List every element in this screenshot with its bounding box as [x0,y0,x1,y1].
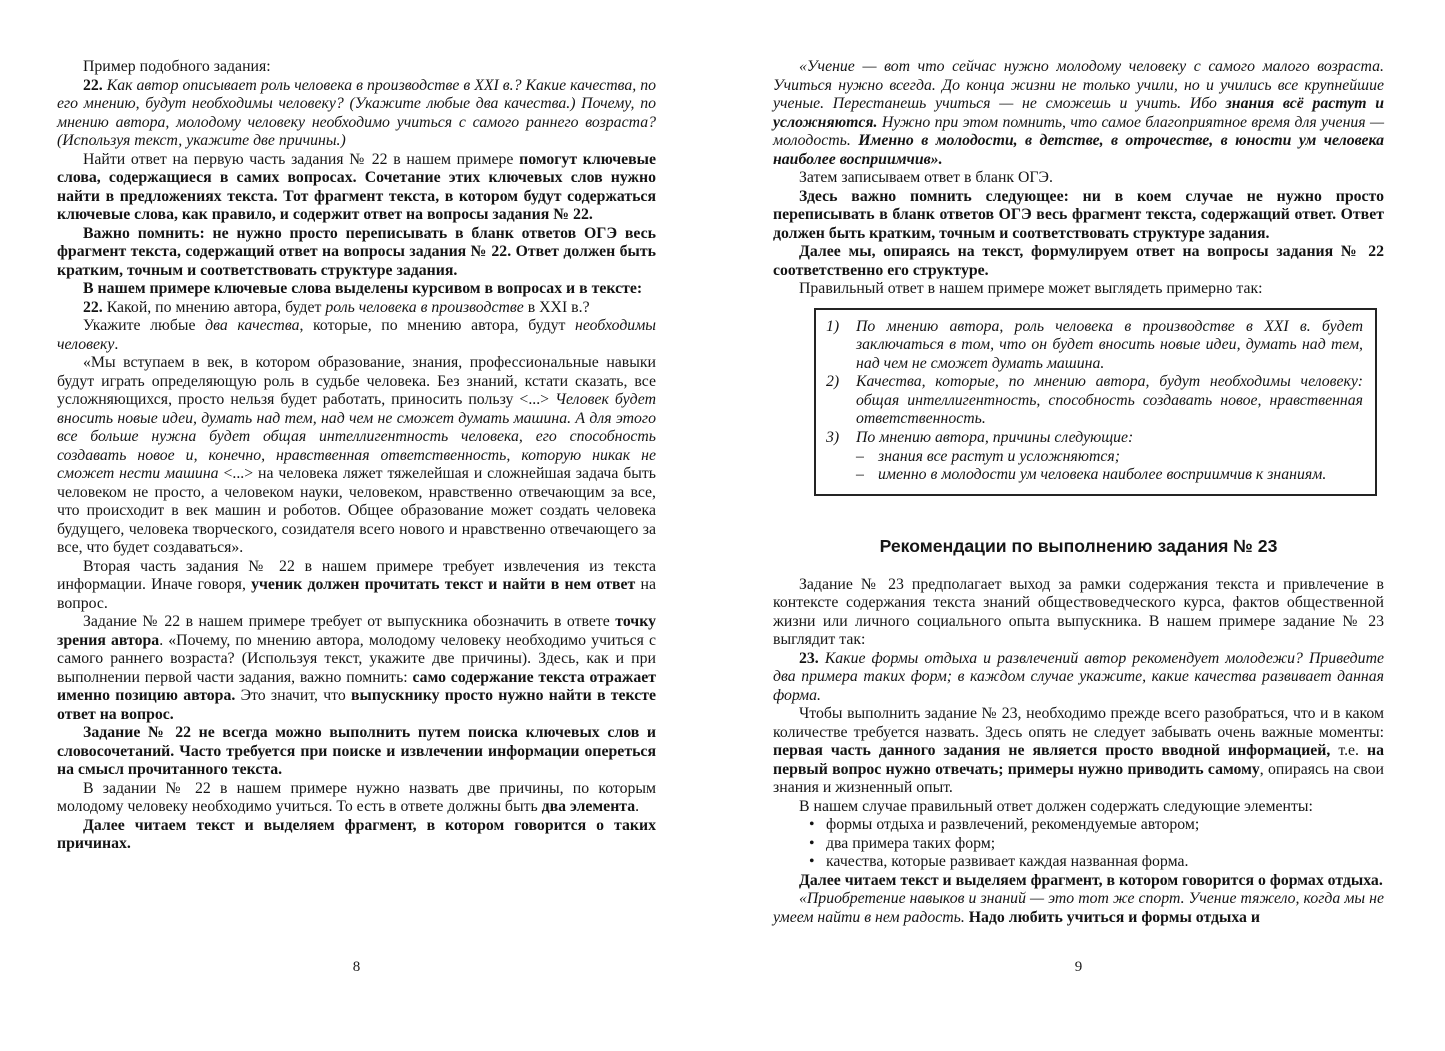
text-segment: формы отдыха и развлечений, рекомендуемы… [826,816,1199,833]
bullet-marker: • [809,835,826,854]
text-segment: Какой, по мнению автора, будет [107,299,326,316]
text-segment: 23. [799,650,825,667]
item-text: По мнению автора, роль человека в произв… [856,318,1363,374]
left-page-column: Пример подобного задания:22. Как автор о… [57,58,656,854]
paragraph: 22. Как автор описывает роль человека в … [57,77,656,151]
bullet-text: качества, которые развивает каждая назва… [826,853,1384,872]
numbered-list-item: 2)Качества, которые, по мнению автора, б… [826,373,1363,429]
text-segment: Далее читаем текст и выделяем фрагмент, … [799,872,1383,889]
paragraph: В нашем случае правильный ответ должен с… [773,798,1384,817]
text-segment: Задание № 22 в нашем примере требует от … [83,613,615,630]
paragraph: Найти ответ на первую часть задания № 22… [57,151,656,225]
text-segment: т.е. [1330,742,1367,759]
bullet-item: •формы отдыха и развлечений, рекомендуем… [773,816,1384,835]
bullet-marker: • [809,816,826,835]
paragraph: Задание № 22 не всегда можно выполнить п… [57,724,656,780]
text-segment: . [114,336,118,353]
bullet-text: два примера таких форм; [826,835,1384,854]
paragraph: Далее мы, опираясь на текст, формулируем… [773,243,1384,280]
text-segment: Укажите любые [83,317,205,334]
bullet-marker: • [809,853,826,872]
book-spread: { "left_page": { "page_number": "8", "bl… [0,0,1445,1051]
dash-list-item: –именно в молодости ум человека наиболее… [856,466,1363,485]
paragraph: «Приобретение навыков и знаний — это тот… [773,890,1384,927]
paragraph: В задании № 22 в нашем примере нужно наз… [57,780,656,817]
text-segment: Как автор описывает роль человека в прои… [57,77,656,150]
text-segment: Правильный ответ в нашем примере может в… [799,280,1263,297]
paragraph: Пример подобного задания: [57,58,656,77]
sub-item-text: именно в молодости ум человека наиболее … [878,466,1363,485]
text-segment: первая часть данного задания не является… [773,742,1330,759]
text-segment: Найти ответ на первую часть задания № 22… [83,151,519,168]
paragraph: Чтобы выполнить задание № 23, необходимо… [773,705,1384,798]
text-segment: 22. [83,299,107,316]
text-segment: два примера таких форм; [826,835,995,852]
text-segment: В нашем случае правильный ответ должен с… [799,798,1313,815]
text-segment: По мнению автора, роль человека в произв… [856,318,1363,372]
dash-list-item: –знания все растут и усложняются; [856,448,1363,467]
item-text: Качества, которые, по мнению автора, буд… [856,373,1363,429]
text-segment: Пример подобного задания: [83,58,271,75]
text-segment: Задание № 22 не всегда можно выполнить п… [57,724,656,778]
text-segment: роль человека в производстве [325,299,523,316]
text-segment: именно в молодости ум человека наиболее … [878,466,1326,483]
text-segment: Именно в молодости, в детстве, в отрочес… [773,132,1384,168]
text-segment: Далее мы, опираясь на текст, формулируем… [773,243,1384,279]
text-segment: Задание № 23 предполагает выход за рамки… [773,576,1384,649]
text-segment: два элемента [542,798,636,815]
paragraph: Вторая часть задания № 22 в нашем пример… [57,558,656,614]
text-segment: . [635,798,639,815]
paragraph: Задание № 23 предполагает выход за рамки… [773,576,1384,650]
paragraph: Задание № 22 в нашем примере требует от … [57,613,656,724]
text-segment: В нашем примере ключевые слова выделены … [83,280,642,297]
paragraph: В нашем примере ключевые слова выделены … [57,280,656,299]
item-number: 3) [826,429,856,485]
bullet-item: •два примера таких форм; [773,835,1384,854]
page-number-right: 9 [773,958,1384,976]
text-segment: знания все растут и усложняются; [878,448,1120,465]
sub-item-text: знания все растут и усложняются; [878,448,1363,467]
paragraph: Здесь важно помнить следующее: ни в коем… [773,188,1384,244]
item-text: По мнению автора, причины следующие:–зна… [856,429,1363,485]
paragraph: Правильный ответ в нашем примере может в… [773,280,1384,299]
text-segment: Затем записываем ответ в бланк ОГЭ. [799,169,1053,186]
numbered-list-item: 1)По мнению автора, роль человека в прои… [826,318,1363,374]
text-segment: качества, которые развивает каждая назва… [826,853,1188,870]
paragraph: «Мы вступаем в век, в котором образовани… [57,354,656,558]
dash-marker: – [856,448,878,467]
text-segment: в XXI в.? [524,299,590,316]
paragraph: Важно помнить: не нужно просто переписыв… [57,225,656,281]
item-number: 1) [826,318,856,374]
paragraph: «Учение — вот что сейчас нужно молодому … [773,58,1384,169]
section-heading: Рекомендации по выполнению задания № 23 [773,536,1384,557]
text-segment: Чтобы выполнить задание № 23, необходимо… [773,705,1384,741]
text-segment: По мнению автора, причины следующие: [856,429,1133,446]
numbered-list-item: 3)По мнению автора, причины следующие:–з… [826,429,1363,485]
text-segment: Качества, которые, по мнению автора, буд… [856,373,1363,427]
text-segment: Это значит, что [235,687,351,704]
paragraph: Далее читаем текст и выделяем фрагмент, … [773,872,1384,891]
text-segment: Важно помнить: не нужно просто переписыв… [57,225,656,279]
text-segment: Какие формы отдыха и развлечений автор р… [773,650,1384,704]
text-segment: , которые, по мнению автора, будут [299,317,575,334]
bullet-list: •формы отдыха и развлечений, рекомендуем… [773,816,1384,872]
text-segment: два качества [205,317,299,334]
paragraph: 23. Какие формы отдыха и развлечений авт… [773,650,1384,706]
text-segment: ученик должен прочитать текст и найти в … [251,576,635,593]
bullet-item: •качества, которые развивает каждая назв… [773,853,1384,872]
paragraph: 22. Какой, по мнению автора, будет роль … [57,299,656,318]
right-page-column: «Учение — вот что сейчас нужно молодому … [773,58,1384,927]
bullet-text: формы отдыха и развлечений, рекомендуемы… [826,816,1384,835]
paragraph: Затем записываем ответ в бланк ОГЭ. [773,169,1384,188]
paragraph: Укажите любые два качества, которые, по … [57,317,656,354]
text-segment: Надо любить учиться и формы отдыха и [969,909,1260,926]
answer-box: 1)По мнению автора, роль человека в прои… [814,308,1377,496]
text-segment: Здесь важно помнить следующее: ни в коем… [773,188,1384,242]
item-number: 2) [826,373,856,429]
text-segment: 22. [83,77,107,94]
text-segment: Далее читаем текст и выделяем фрагмент, … [57,817,656,853]
page-number-left: 8 [57,958,656,976]
paragraph: Далее читаем текст и выделяем фрагмент, … [57,817,656,854]
dash-marker: – [856,466,878,485]
